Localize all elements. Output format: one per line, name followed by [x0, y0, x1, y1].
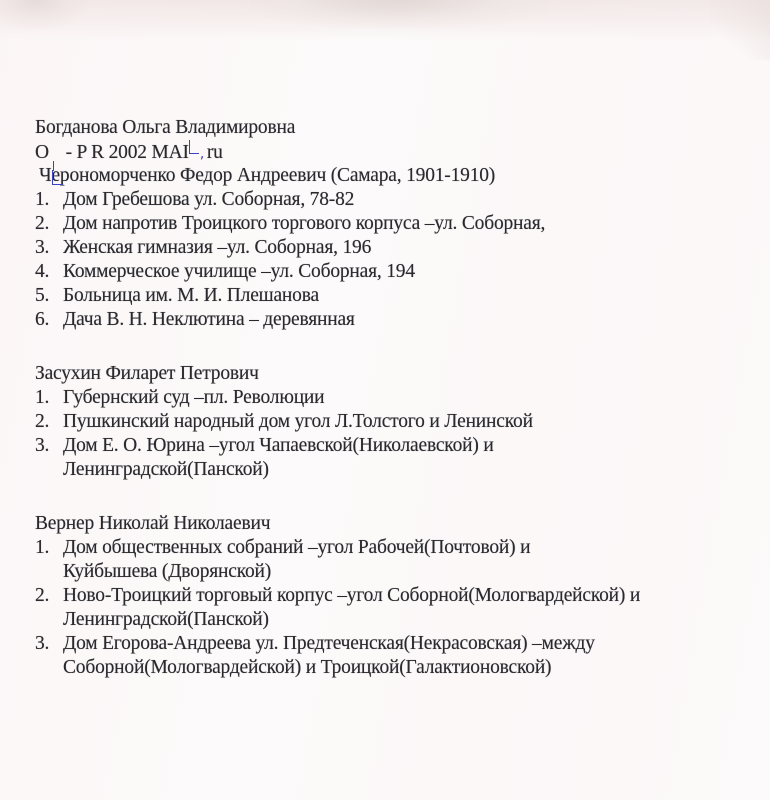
item-number: 1. — [35, 188, 63, 212]
item-text: Дом Егорова-Андреева ул. Предтеченская(Н… — [63, 632, 733, 680]
item-text: Дача В. Н. Неклютина – деревянная — [63, 308, 733, 332]
item-number: 1. — [35, 386, 63, 410]
author-name: Богданова Ольга Владимировна — [35, 116, 755, 140]
email-printed-prefix: O — [35, 142, 49, 163]
list-item: 1. Губернский суд –пл. Революции — [35, 386, 755, 410]
building-list: 1. Дом Гребешова ул. Соборная, 78-82 2. … — [35, 188, 755, 332]
list-item: 5. Больница им. М. И. Плешанова — [35, 284, 755, 308]
email-printed-middle: - P R 2002 MA — [61, 142, 183, 163]
item-text: Дом напротив Троицкого торгового корпуса… — [63, 212, 733, 236]
architect-name: Засухин Филарет Петрович — [35, 362, 755, 386]
building-list: 1. Губернский суд –пл. Революции 2. Пушк… — [35, 386, 755, 482]
item-text: Губернский суд –пл. Революции — [63, 386, 733, 410]
list-item: 4. Коммерческое училище –ул. Соборная, 1… — [35, 260, 755, 284]
spacer — [35, 482, 755, 506]
item-number: 2. — [35, 584, 63, 632]
handwritten-correction: , — [189, 140, 207, 160]
item-text: Женская гимназия –ул. Соборная, 196 — [63, 236, 733, 260]
item-number: 5. — [35, 284, 63, 308]
architect-name: Вернер Николай Николаевич — [35, 512, 755, 536]
scanned-document: Богданова Ольга Владимировна O - P R 200… — [35, 116, 755, 680]
item-text: Больница им. М. И. Плешанова — [63, 284, 733, 308]
item-text: Ново-Троицкий торговый корпус –угол Собо… — [63, 584, 663, 632]
list-item: 2. Пушкинский народный дом угол Л.Толсто… — [35, 410, 755, 434]
item-number: 3. — [35, 632, 63, 680]
architect-name: Черономорченко Федор Андреевич (Самара, … — [35, 164, 755, 188]
spacer — [35, 332, 755, 356]
email-printed-suffix: ru — [207, 142, 223, 163]
author-email: O - P R 2002 MAI,ru — [35, 140, 755, 164]
item-number: 6. — [35, 308, 63, 332]
item-text: Пушкинский народный дом угол Л.Толстого … — [63, 410, 733, 434]
list-item: 3. Женская гимназия –ул. Соборная, 196 — [35, 236, 755, 260]
paper-fold-shadow — [0, 0, 90, 30]
item-number: 4. — [35, 260, 63, 284]
list-item: 3. Дом Е. О. Юрина –угол Чапаевской(Нико… — [35, 434, 755, 482]
list-item: 1. Дом Гребешова ул. Соборная, 78-82 — [35, 188, 755, 212]
list-item: 3. Дом Егорова-Андреева ул. Предтеченска… — [35, 632, 755, 680]
item-text: Дом Е. О. Юрина –угол Чапаевской(Николае… — [63, 434, 533, 482]
item-text: Дом общественных собраний –угол Рабочей(… — [63, 536, 593, 584]
list-item: 1. Дом общественных собраний –угол Рабоч… — [35, 536, 755, 584]
item-number: 2. — [35, 212, 63, 236]
building-list: 1. Дом общественных собраний –угол Рабоч… — [35, 536, 755, 680]
item-number: 1. — [35, 536, 63, 584]
item-number: 2. — [35, 410, 63, 434]
list-item: 2. Дом напротив Троицкого торгового корп… — [35, 212, 755, 236]
list-item: 2. Ново-Троицкий торговый корпус –угол С… — [35, 584, 755, 632]
item-text: Коммерческое училище –ул. Соборная, 194 — [63, 260, 733, 284]
list-item: 6. Дача В. Н. Неклютина – деревянная — [35, 308, 755, 332]
paper-fold-shadow — [710, 0, 770, 60]
paper-fold-shadow — [250, 0, 550, 28]
item-number: 3. — [35, 236, 63, 260]
item-text: Дом Гребешова ул. Соборная, 78-82 — [63, 188, 733, 212]
item-number: 3. — [35, 434, 63, 482]
